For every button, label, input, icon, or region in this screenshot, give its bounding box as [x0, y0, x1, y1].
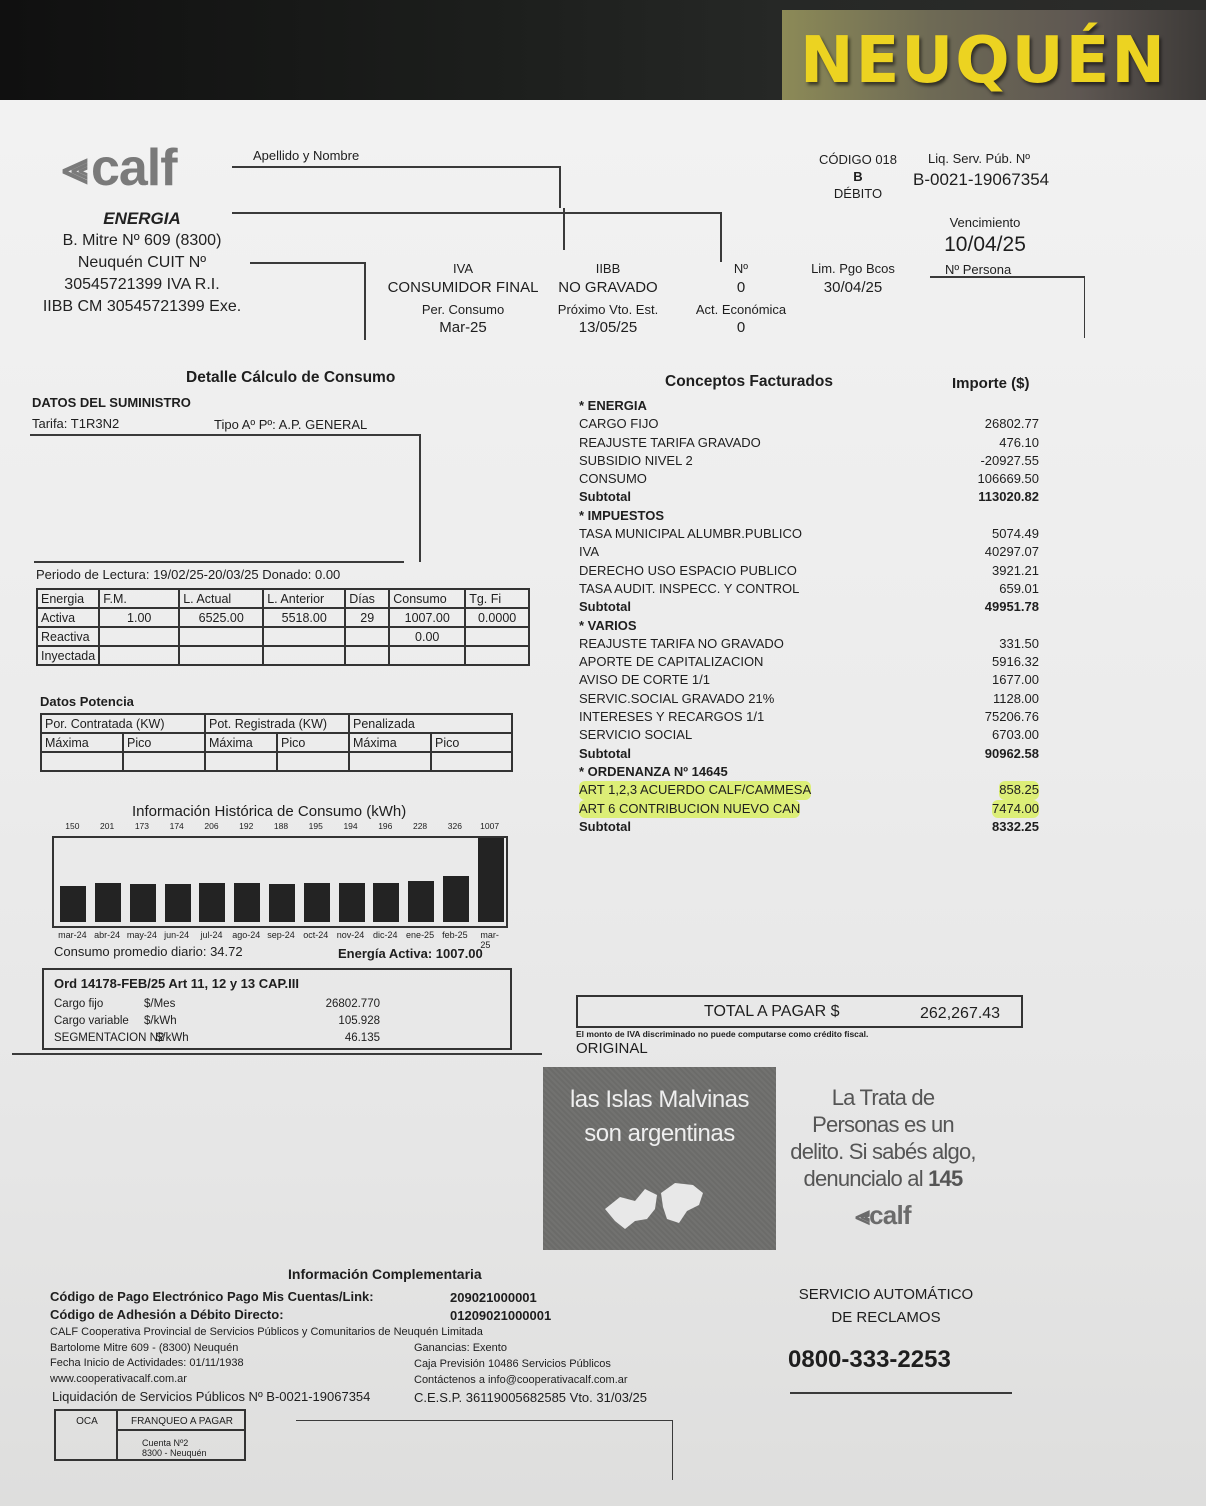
- adhesion-code: 01209021000001: [450, 1308, 551, 1323]
- chart-category-label: abr-24: [94, 930, 120, 940]
- concepto-label: REAJUSTE TARIFA NO GRAVADO: [579, 635, 784, 653]
- concepto-label: Subtotal: [579, 488, 631, 506]
- divider: [34, 561, 404, 563]
- company-info: ENERGIA B. Mitre Nº 609 (8300) Neuquén C…: [22, 208, 262, 318]
- concepto-row: Subtotal8332.25: [579, 818, 1041, 836]
- chart-category-label: may-24: [127, 930, 157, 940]
- prox-vto-label: Próximo Vto. Est.: [548, 302, 668, 317]
- chart-bar: [478, 838, 504, 922]
- importe-title: Importe ($): [952, 375, 1030, 392]
- concepto-value: 113020.82: [978, 488, 1039, 506]
- chart-value-label: 1007: [480, 821, 499, 831]
- tarifa: Tarifa: T1R3N2: [32, 416, 119, 431]
- malvinas-ad: las Islas Malvinas son argentinas: [543, 1067, 776, 1250]
- per-consumo-label: Per. Consumo: [403, 302, 523, 317]
- chart-bar: [199, 883, 225, 922]
- chart-category-label: mar-25: [480, 930, 499, 950]
- no-value: 0: [720, 279, 762, 296]
- divider: [790, 1392, 1012, 1394]
- cuenta-label: Cuenta Nº2: [142, 1438, 188, 1448]
- divider: [12, 1053, 542, 1055]
- divider: [250, 262, 365, 264]
- chart-bar: [373, 883, 399, 922]
- chart-bar: [408, 881, 434, 922]
- inicio-actividades: Fecha Inicio de Actividades: 01/11/1938: [50, 1357, 244, 1369]
- total-box: TOTAL A PAGAR $ 262,267.43: [576, 995, 1023, 1028]
- act-economica-value: 0: [686, 319, 796, 336]
- concepto-value: 5074.49: [992, 525, 1039, 543]
- codigo: CÓDIGO 018: [808, 152, 908, 167]
- chart-value-label: 188: [274, 821, 288, 831]
- concepto-label: Subtotal: [579, 745, 631, 763]
- adhesion-label: Código de Adhesión a Débito Directo:: [50, 1307, 284, 1322]
- divider: [1084, 278, 1085, 338]
- tipo-ap: Tipo Aº Pº: A.P. GENERAL: [214, 417, 367, 432]
- concepto-label: TASA MUNICIPAL ALUMBR.PUBLICO: [579, 525, 802, 543]
- concepto-label: REAJUSTE TARIFA GRAVADO: [579, 434, 761, 452]
- table-row: Inyectada: [37, 646, 529, 665]
- pago-label: Código de Pago Electrónico Pago Mis Cuen…: [50, 1289, 374, 1304]
- divider: [30, 434, 420, 436]
- concepto-row: DERECHO USO ESPACIO PUBLICO3921.21: [579, 562, 1041, 580]
- concepto-value: 659.01: [999, 580, 1039, 598]
- table-row: [41, 752, 512, 771]
- liq-label: Liq. Serv. Púb. Nº: [928, 151, 1030, 166]
- chart-bar: [269, 884, 295, 922]
- chart-bar: [130, 884, 156, 922]
- concepto-label: TASA AUDIT. INSPECC. Y CONTROL: [579, 580, 799, 598]
- act-economica-label: Act. Económica: [686, 302, 796, 317]
- total-value: 262,267.43: [920, 1005, 1000, 1023]
- divider: [232, 166, 560, 168]
- concepto-row: Subtotal113020.82: [579, 488, 1041, 506]
- iva-value: CONSUMIDOR FINAL: [383, 279, 543, 296]
- lim-pago-value: 30/04/25: [800, 279, 906, 296]
- divider: [232, 212, 720, 214]
- divider: [296, 1420, 672, 1421]
- chart-category-label: ago-24: [232, 930, 260, 940]
- concepto-row: AVISO DE CORTE 1/11677.00: [579, 671, 1041, 689]
- total-label: TOTAL A PAGAR $: [704, 1003, 839, 1021]
- concepto-row: IVA40297.07: [579, 543, 1041, 561]
- chart-value-label: 194: [343, 821, 357, 831]
- concepto-value: 476.10: [999, 434, 1039, 452]
- chart-bar: [95, 883, 121, 922]
- concepto-label: DERECHO USO ESPACIO PUBLICO: [579, 562, 797, 580]
- divider: [563, 208, 565, 250]
- potencia-table: Por. Contratada (KW) Pot. Registrada (KW…: [40, 713, 513, 772]
- per-consumo-value: Mar-25: [403, 319, 523, 336]
- cesp-number: C.E.S.P. 36119005682585 Vto. 31/03/25: [414, 1390, 647, 1405]
- chart-value-label: 228: [413, 821, 427, 831]
- concepto-label: * ENERGIA: [579, 397, 647, 415]
- concepto-row: CARGO FIJO26802.77: [579, 415, 1041, 433]
- concepto-label: SUBSIDIO NIVEL 2: [579, 452, 693, 470]
- lectura-table: Energia F.M. L. Actual L. Anterior Días …: [36, 588, 530, 666]
- iva-label: IVA: [383, 261, 543, 276]
- concepto-value: 8332.25: [992, 818, 1039, 836]
- concepto-value: 26802.77: [985, 415, 1039, 433]
- concepto-label: AVISO DE CORTE 1/1: [579, 671, 710, 689]
- concepto-label: SERVICIO SOCIAL: [579, 726, 692, 744]
- chart-bar: [60, 886, 86, 922]
- concepto-row: TASA AUDIT. INSPECC. Y CONTROL659.01: [579, 580, 1041, 598]
- chart-title: Información Histórica de Consumo (kWh): [132, 803, 406, 820]
- concepto-value: -20927.55: [980, 452, 1039, 470]
- concepto-value: 90962.58: [985, 745, 1039, 763]
- concepto-row: TASA MUNICIPAL ALUMBR.PUBLICO5074.49: [579, 525, 1041, 543]
- potencia-title: Datos Potencia: [40, 694, 134, 709]
- caja-prevision: Caja Previsión 10486 Servicios Públicos: [414, 1358, 611, 1370]
- chart-category-label: dic-24: [373, 930, 398, 940]
- concepto-label: * IMPUESTOS: [579, 507, 664, 525]
- concepto-row: SERVICIO SOCIAL6703.00: [579, 726, 1041, 744]
- concepto-value: 40297.07: [985, 543, 1039, 561]
- concepto-row: Subtotal49951.78: [579, 598, 1041, 616]
- table-row: Energia F.M. L. Actual L. Anterior Días …: [37, 589, 529, 608]
- reclamos-line1: SERVICIO AUTOMÁTICO: [780, 1286, 992, 1303]
- persona-label: Nº Persona: [945, 262, 1011, 277]
- concepto-value: 75206.76: [985, 708, 1039, 726]
- concepto-row: SERVIC.SOCIAL GRAVADO 21%1128.00: [579, 690, 1041, 708]
- concepto-label: ART 1,2,3 ACUERDO CALF/CAMMESA: [579, 781, 811, 799]
- chart-value-label: 173: [135, 821, 149, 831]
- calf-logo-small: ⫷calf: [780, 1202, 986, 1229]
- divider: [559, 166, 561, 208]
- concepto-value: 858.25: [999, 781, 1039, 799]
- concepto-row: INTERESES Y RECARGOS 1/175206.76: [579, 708, 1041, 726]
- chart-bar: [443, 876, 469, 922]
- table-row: Máxima Pico Máxima Pico Máxima Pico: [41, 733, 512, 752]
- conceptos-title: Conceptos Facturados: [665, 373, 833, 391]
- chart-value-label: 174: [170, 821, 184, 831]
- calf-logo-icon: ⫷: [62, 140, 87, 196]
- lim-pago-label: Lim. Pgo Bcos: [800, 261, 906, 276]
- concepto-label: CARGO FIJO: [579, 415, 658, 433]
- chart-bar: [234, 883, 260, 922]
- concepto-label: * VARIOS: [579, 617, 637, 635]
- concepto-label: INTERESES Y RECARGOS 1/1: [579, 708, 764, 726]
- table-row: Reactiva 0.00: [37, 627, 529, 646]
- concepto-label: SERVIC.SOCIAL GRAVADO 21%: [579, 690, 774, 708]
- concepto-label: IVA: [579, 543, 599, 561]
- table-row: Por. Contratada (KW) Pot. Registrada (KW…: [41, 714, 512, 733]
- concepto-value: 7474.00: [992, 800, 1039, 818]
- concepto-row: APORTE DE CAPITALIZACION5916.32: [579, 653, 1041, 671]
- complementaria-title: Información Complementaria: [288, 1266, 482, 1282]
- news-banner-title: NEUQUÉN: [800, 24, 1167, 98]
- concepto-row: SUBSIDIO NIVEL 2-20927.55: [579, 452, 1041, 470]
- razon-social: CALF Cooperativa Provincial de Servicios…: [50, 1326, 483, 1338]
- website-link[interactable]: www.cooperativacalf.com.ar: [50, 1373, 187, 1385]
- chart-category-labels: mar-24abr-24may-24jun-24jul-24ago-24sep-…: [55, 930, 505, 942]
- tipo-comprobante: DÉBITO: [808, 186, 908, 201]
- divider: [672, 1420, 673, 1480]
- suministro-title: DATOS DEL SUMINISTRO: [32, 395, 191, 410]
- chart-category-label: jul-24: [200, 930, 222, 940]
- vencimiento-date: 10/04/25: [920, 233, 1050, 257]
- detalle-title: Detalle Cálculo de Consumo: [186, 369, 395, 387]
- concepto-value: 106669.50: [978, 470, 1039, 488]
- divider: [720, 212, 722, 262]
- apellido-label: Apellido y Nombre: [253, 148, 359, 163]
- prox-vto-value: 13/05/25: [548, 319, 668, 336]
- franqueo-label: FRANQUEO A PAGAR: [120, 1416, 244, 1427]
- vencimiento-label: Vencimiento: [920, 215, 1050, 230]
- chart-category-label: sep-24: [267, 930, 295, 940]
- concepto-label: CONSUMO: [579, 470, 647, 488]
- concepto-row: ART 1,2,3 ACUERDO CALF/CAMMESA858.25: [579, 781, 1041, 799]
- concepto-value: 49951.78: [985, 598, 1039, 616]
- concepto-row: * IMPUESTOS: [579, 507, 1041, 525]
- oca-box: OCA FRANQUEO A PAGAR Cuenta Nº2 8300 - N…: [54, 1409, 246, 1461]
- chart-value-label: 150: [65, 821, 79, 831]
- concepto-row: REAJUSTE TARIFA NO GRAVADO331.50: [579, 635, 1041, 653]
- concepto-label: ART 6 CONTRIBUCION NUEVO CAN: [579, 800, 800, 818]
- concepto-row: * ENERGIA: [579, 397, 1041, 415]
- chart-value-label: 206: [204, 821, 218, 831]
- pago-code: 209021000001: [450, 1290, 537, 1305]
- contact-email[interactable]: Contáctenos a info@cooperativacalf.com.a…: [414, 1374, 628, 1386]
- concepto-row: CONSUMO106669.50: [579, 470, 1041, 488]
- chart-category-label: ene-25: [406, 930, 434, 940]
- concepto-row: ART 6 CONTRIBUCION NUEVO CAN7474.00: [579, 800, 1041, 818]
- liquidacion-number: Liquidación de Servicios Públicos Nº B-0…: [52, 1389, 370, 1404]
- chart-value-label: 201: [100, 821, 114, 831]
- ciudad-label: 8300 - Neuquén: [142, 1448, 207, 1458]
- divider: [364, 262, 366, 340]
- original-label: ORIGINAL: [576, 1040, 648, 1057]
- iva-note: El monto de IVA discriminado no puede co…: [576, 1029, 868, 1039]
- oca-label: OCA: [56, 1416, 118, 1427]
- reclamos-line2: DE RECLAMOS: [780, 1309, 992, 1326]
- iibb-label: IIBB: [548, 261, 668, 276]
- chart-bar: [339, 883, 365, 922]
- concepto-value: 3921.21: [992, 562, 1039, 580]
- divider: [930, 276, 1085, 278]
- concepto-value: 1677.00: [992, 671, 1039, 689]
- table-row: Activa 1.00 6525.00 5518.00 29 1007.00 0…: [37, 608, 529, 627]
- ordenanza-title: Ord 14178-FEB/25 Art 11, 12 y 13 CAP.III: [54, 976, 299, 991]
- concepto-row: REAJUSTE TARIFA GRAVADO476.10: [579, 434, 1041, 452]
- concepto-value: 6703.00: [992, 726, 1039, 744]
- chart-category-label: mar-24: [58, 930, 87, 940]
- calf-logo-icon: ⫷: [855, 1200, 869, 1230]
- consumption-chart: [52, 836, 508, 928]
- trata-ad: La Trata de Personas es un delito. Si sa…: [780, 1084, 986, 1229]
- concepto-value: 1128.00: [993, 690, 1039, 708]
- chart-value-label: 195: [309, 821, 323, 831]
- letra: B: [808, 169, 908, 184]
- concepto-row: Subtotal90962.58: [579, 745, 1041, 763]
- chart-value-label: 192: [239, 821, 253, 831]
- divider: [419, 434, 421, 562]
- chart-category-label: jun-24: [164, 930, 189, 940]
- reclamos-phone[interactable]: 0800-333-2253: [788, 1346, 951, 1374]
- chart-value-label: 196: [378, 821, 392, 831]
- chart-value-labels: 1502011731742061921881951941962283261007: [55, 821, 505, 833]
- chart-bar: [304, 883, 330, 922]
- energia-activa: Energía Activa: 1007.00: [338, 946, 483, 961]
- calf-logo: ⫷calf: [62, 138, 177, 198]
- direccion: Bartolome Mitre 609 - (8300) Neuquén: [50, 1342, 238, 1354]
- concepto-row: * VARIOS: [579, 617, 1041, 635]
- chart-bar: [165, 884, 191, 922]
- concepto-value: 5916.32: [992, 653, 1039, 671]
- liq-number: B-0021-19067354: [913, 170, 1049, 190]
- consumo-promedio: Consumo promedio diario: 34.72: [54, 944, 243, 959]
- malvinas-map-icon: [595, 1159, 725, 1239]
- chart-category-label: nov-24: [337, 930, 365, 940]
- conceptos-list: * ENERGIACARGO FIJO26802.77REAJUSTE TARI…: [579, 397, 1041, 836]
- concepto-label: Subtotal: [579, 818, 631, 836]
- concepto-label: * ORDENANZA Nº 14645: [579, 763, 728, 781]
- no-label: Nº: [720, 261, 762, 276]
- concepto-value: 331.50: [999, 635, 1039, 653]
- chart-value-label: 326: [448, 821, 462, 831]
- concepto-row: * ORDENANZA Nº 14645: [579, 763, 1041, 781]
- concepto-label: Subtotal: [579, 598, 631, 616]
- iibb-value: NO GRAVADO: [548, 279, 668, 296]
- concepto-label: APORTE DE CAPITALIZACION: [579, 653, 763, 671]
- ganancias: Ganancias: Exento: [414, 1342, 507, 1354]
- chart-category-label: oct-24: [303, 930, 328, 940]
- periodo-lectura: Periodo de Lectura: 19/02/25-20/03/25 Do…: [36, 567, 340, 582]
- chart-category-label: feb-25: [442, 930, 468, 940]
- ordenanza-box: Ord 14178-FEB/25 Art 11, 12 y 13 CAP.III…: [42, 968, 512, 1050]
